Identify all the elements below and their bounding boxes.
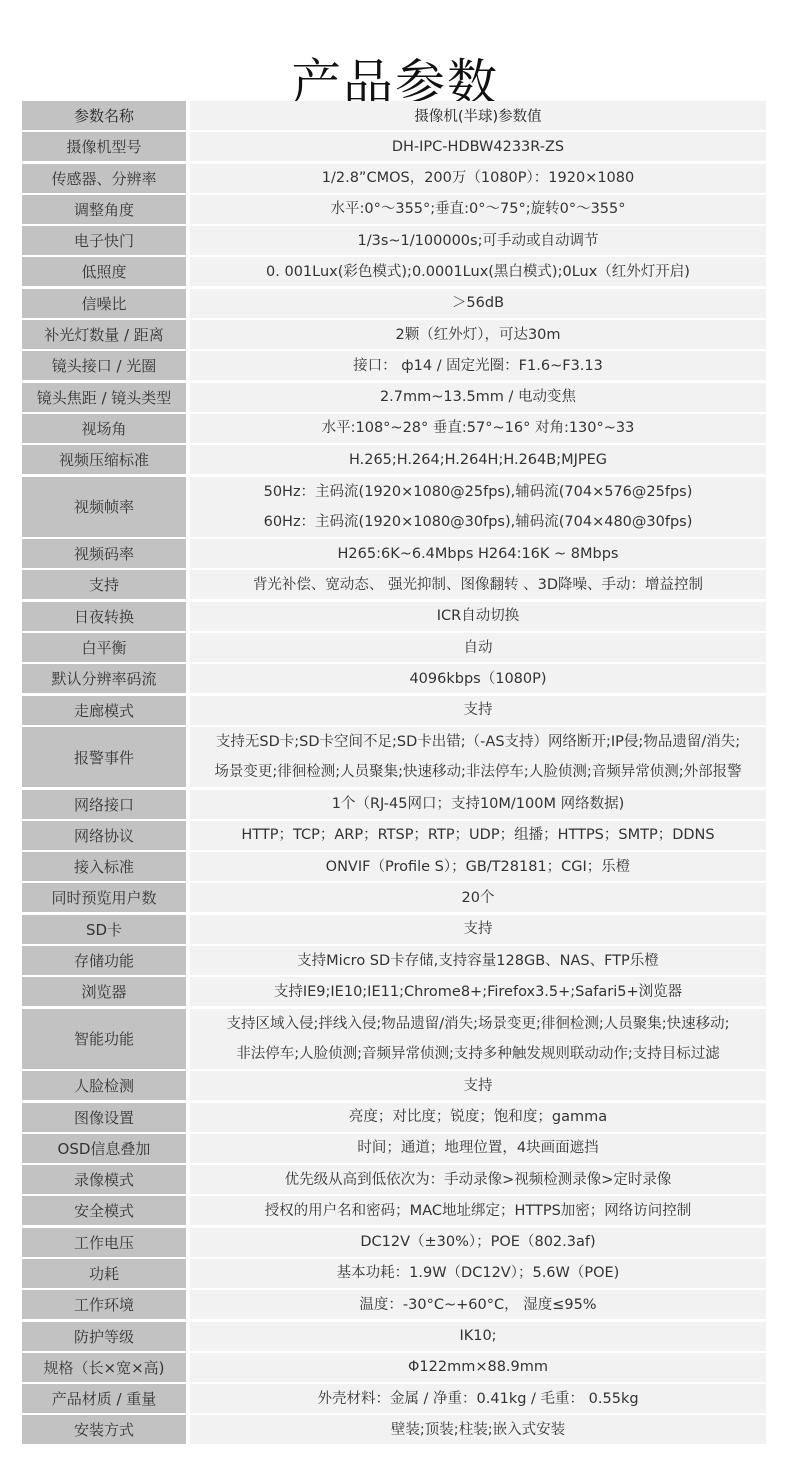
param-value: 2颗（红外灯），可达30m	[190, 320, 766, 349]
table-row: 低照度0. 001Lux(彩色模式);0.0001Lux(黑白模式);0Lux（…	[22, 257, 766, 286]
param-name: 防护等级	[22, 1322, 186, 1351]
header-label: 参数名称	[22, 101, 186, 130]
param-value-line: 2颗（红外灯），可达30m	[395, 320, 560, 350]
table-row: 接入标准ONVIF（Profile S）；GB/T28181；CGI；乐橙	[22, 852, 766, 881]
table-row: 日夜转换ICR自动切换	[22, 602, 766, 631]
table-row: OSD信息叠加时间；通道；地理位置，4块画面遮挡	[22, 1134, 766, 1163]
table-row: 安全模式授权的用户名和密码；MAC地址绑定；HTTPS加密；网络访问控制	[22, 1196, 766, 1225]
table-row: 摄像机型号DH-IPC-HDBW4233R-ZS	[22, 132, 766, 161]
param-value-line: 场景变更;徘徊检测;人员聚集;快速移动;非法停车;人脸侦测;音频异常侦测;外部报…	[214, 757, 741, 787]
param-name: 补光灯数量 / 距离	[22, 320, 186, 349]
table-row: 防护等级IK10;	[22, 1322, 766, 1351]
table-row: 支持背光补偿、宽动态、 强光抑制、图像翻转 、3D降噪、手动：增益控制	[22, 570, 766, 599]
param-name: 低照度	[22, 257, 186, 286]
param-value: 支持	[190, 696, 766, 725]
param-name: 电子快门	[22, 226, 186, 255]
param-value: IK10;	[190, 1322, 766, 1351]
param-value-line: H.265;H.264;H.264H;H.264B;MJPEG	[349, 445, 607, 475]
param-value-line: H265:6K~6.4Mbps H264:16K ~ 8Mbps	[338, 539, 619, 569]
param-name: 传感器、分辨率	[22, 164, 186, 193]
param-name: 产品材质 / 重量	[22, 1384, 186, 1413]
param-name: 工作环境	[22, 1290, 186, 1319]
header-value: 摄像机(半球)参数值	[190, 101, 766, 130]
param-name: 接入标准	[22, 852, 186, 881]
table-row: 图像设置亮度；对比度；锐度；饱和度；gamma	[22, 1103, 766, 1132]
param-name: 调整角度	[22, 195, 186, 224]
param-name: 人脸检测	[22, 1071, 186, 1100]
param-name: 视频码率	[22, 539, 186, 568]
param-value-line: 支持	[464, 1071, 493, 1101]
table-row: 网络协议HTTP；TCP；ARP；RTSP；RTP；UDP；组播；HTTPS；S…	[22, 821, 766, 850]
table-row: 镜头接口 / 光圈接口： ф14 / 固定光圈：F1.6~F3.13	[22, 351, 766, 380]
param-value-line: 优先级从高到低依次为：手动录像>视频检测录像>定时录像	[285, 1165, 672, 1195]
param-name: 视频压缩标准	[22, 445, 186, 474]
table-row: 补光灯数量 / 距离2颗（红外灯），可达30m	[22, 320, 766, 349]
param-name: 智能功能	[22, 1009, 186, 1069]
table-row: 调整角度水平:0°～355°;垂直:0°～75°;旋转0°～355°	[22, 195, 766, 224]
table-row: 信噪比＞56dB	[22, 289, 766, 318]
param-value: 支持	[190, 1071, 766, 1100]
param-value: 水平:108°~28° 垂直:57°~16° 对角:130°~33	[190, 414, 766, 443]
param-value-line: 非法停车;人脸侦测;音频异常侦测;支持多种触发规则联动动作;支持目标过滤	[236, 1039, 720, 1069]
param-value: 自动	[190, 633, 766, 662]
param-value-line: 0. 001Lux(彩色模式);0.0001Lux(黑白模式);0Lux（红外灯…	[266, 257, 690, 287]
param-value-line: 支持Micro SD卡存储,支持容量128GB、NAS、FTP乐橙	[297, 946, 659, 976]
param-name: 工作电压	[22, 1228, 186, 1257]
param-value-line: 水平:108°~28° 垂直:57°~16° 对角:130°~33	[322, 413, 635, 443]
param-value: 支持区域入侵;拌线入侵;物品遗留/消失;场景变更;徘徊检测;人员聚集;快速移动;…	[190, 1009, 766, 1069]
table-row: 同时预览用户数20个	[22, 883, 766, 912]
param-value-line: 20个	[462, 883, 495, 913]
table-row: 传感器、分辨率1/2.8”CMOS，200万（1080P）：1920×1080	[22, 164, 766, 193]
table-row: SD卡支持	[22, 915, 766, 944]
table-row: 智能功能支持区域入侵;拌线入侵;物品遗留/消失;场景变更;徘徊检测;人员聚集;快…	[22, 1009, 766, 1069]
table-row: 镜头焦距 / 镜头类型2.7mm~13.5mm / 电动变焦	[22, 383, 766, 412]
table-row: 录像模式优先级从高到低依次为：手动录像>视频检测录像>定时录像	[22, 1165, 766, 1194]
param-value: 4096kbps（1080P)	[190, 664, 766, 693]
param-name: 同时预览用户数	[22, 883, 186, 912]
param-value-line: 壁装;顶装;柱装;嵌入式安装	[391, 1415, 565, 1445]
param-value: ONVIF（Profile S）；GB/T28181；CGI；乐橙	[190, 852, 766, 881]
table-row: 视场角水平:108°~28° 垂直:57°~16° 对角:130°~33	[22, 414, 766, 443]
param-name: 视场角	[22, 414, 186, 443]
param-name: 日夜转换	[22, 602, 186, 631]
param-value-line: 2.7mm~13.5mm / 电动变焦	[380, 382, 576, 412]
param-name: 视频帧率	[22, 477, 186, 537]
table-row: 安装方式壁装;顶装;柱装;嵌入式安装	[22, 1415, 766, 1444]
table-row: 视频压缩标准H.265;H.264;H.264H;H.264B;MJPEG	[22, 445, 766, 474]
table-row: 工作电压DC12V（±30%）；POE（802.3af)	[22, 1228, 766, 1257]
param-value-line: 4096kbps（1080P)	[409, 664, 546, 694]
param-value: 1/3s~1/100000s;可手动或自动调节	[190, 226, 766, 255]
param-value: 20个	[190, 883, 766, 912]
param-value: 授权的用户名和密码；MAC地址绑定；HTTPS加密；网络访问控制	[190, 1196, 766, 1225]
param-name: 功耗	[22, 1259, 186, 1288]
param-value-line: 1/3s~1/100000s;可手动或自动调节	[358, 226, 599, 256]
param-value: 时间；通道；地理位置，4块画面遮挡	[190, 1134, 766, 1163]
param-value: 支持Micro SD卡存储,支持容量128GB、NAS、FTP乐橙	[190, 946, 766, 975]
param-value: 外壳材料：金属 / 净重：0.41kg / 毛重： 0.55kg	[190, 1384, 766, 1413]
param-name: 图像设置	[22, 1103, 186, 1132]
param-value-line: 支持无SD卡;SD卡空间不足;SD卡出错;（-AS支持）网络断开;IP侵;物品遗…	[216, 727, 740, 757]
table-row: 人脸检测支持	[22, 1071, 766, 1100]
table-row: 视频帧率50Hz：主码流(1920×1080@25fps),辅码流(704×57…	[22, 477, 766, 537]
param-value: 支持IE9;IE10;IE11;Chrome8+;Firefox3.5+;Saf…	[190, 977, 766, 1006]
param-value-line: 亮度；对比度；锐度；饱和度；gamma	[349, 1102, 607, 1132]
param-value-line: HTTP；TCP；ARP；RTSP；RTP；UDP；组播；HTTPS；SMTP；…	[241, 820, 714, 850]
param-name: 镜头接口 / 光圈	[22, 351, 186, 380]
param-name: OSD信息叠加	[22, 1134, 186, 1163]
param-name: 默认分辨率码流	[22, 664, 186, 693]
param-value-line: 水平:0°～355°;垂直:0°～75°;旋转0°～355°	[330, 194, 625, 224]
param-value: H265:6K~6.4Mbps H264:16K ~ 8Mbps	[190, 539, 766, 568]
table-row: 默认分辨率码流4096kbps（1080P)	[22, 664, 766, 693]
param-value-line: ＞56dB	[452, 288, 504, 318]
param-value-line: 授权的用户名和密码；MAC地址绑定；HTTPS加密；网络访问控制	[265, 1196, 692, 1226]
param-value: H.265;H.264;H.264H;H.264B;MJPEG	[190, 445, 766, 474]
param-value-line: 支持IE9;IE10;IE11;Chrome8+;Firefox3.5+;Saf…	[274, 977, 682, 1007]
param-value: 2.7mm~13.5mm / 电动变焦	[190, 383, 766, 412]
param-value: 基本功耗：1.9W（DC12V）；5.6W（POE)	[190, 1259, 766, 1288]
param-value-line: Φ122mm×88.9mm	[408, 1352, 548, 1382]
table-row: 白平衡自动	[22, 633, 766, 662]
table-row: 工作环境温度：-30°C~+60°C， 湿度≤95%	[22, 1290, 766, 1319]
param-value-line: IK10;	[459, 1321, 496, 1351]
table-row: 报警事件支持无SD卡;SD卡空间不足;SD卡出错;（-AS支持）网络断开;IP侵…	[22, 727, 766, 787]
param-value-line: 时间；通道；地理位置，4块画面遮挡	[357, 1133, 598, 1163]
param-value: 50Hz：主码流(1920×1080@25fps),辅码流(704×576@25…	[190, 477, 766, 537]
param-value: 温度：-30°C~+60°C， 湿度≤95%	[190, 1290, 766, 1319]
param-name: 网络协议	[22, 821, 186, 850]
param-name: 信噪比	[22, 289, 186, 318]
param-value: Φ122mm×88.9mm	[190, 1353, 766, 1382]
param-value: 1/2.8”CMOS，200万（1080P）：1920×1080	[190, 164, 766, 193]
param-value: 0. 001Lux(彩色模式);0.0001Lux(黑白模式);0Lux（红外灯…	[190, 257, 766, 286]
table-row: 走廊模式支持	[22, 696, 766, 725]
param-value: 背光补偿、宽动态、 强光抑制、图像翻转 、3D降噪、手动：增益控制	[190, 570, 766, 599]
param-value-line: ICR自动切换	[437, 601, 519, 631]
param-value-line: ONVIF（Profile S）；GB/T28181；CGI；乐橙	[326, 852, 631, 882]
param-value: 接口： ф14 / 固定光圈：F1.6~F3.13	[190, 351, 766, 380]
param-value-line: 温度：-30°C~+60°C， 湿度≤95%	[359, 1290, 596, 1320]
table-row: 视频码率H265:6K~6.4Mbps H264:16K ~ 8Mbps	[22, 539, 766, 568]
param-value-line: 外壳材料：金属 / 净重：0.41kg / 毛重： 0.55kg	[317, 1384, 638, 1414]
param-name: 走廊模式	[22, 696, 186, 725]
param-value: 优先级从高到低依次为：手动录像>视频检测录像>定时录像	[190, 1165, 766, 1194]
param-value-line: 支持	[464, 695, 493, 725]
param-value: HTTP；TCP；ARP；RTSP；RTP；UDP；组播；HTTPS；SMTP；…	[190, 821, 766, 850]
param-name: 安装方式	[22, 1415, 186, 1444]
param-value-line: 1个（RJ-45网口；支持10M/100M 网络数据)	[332, 789, 625, 819]
table-row: 电子快门1/3s~1/100000s;可手动或自动调节	[22, 226, 766, 255]
param-value: 支持	[190, 915, 766, 944]
param-value: ICR自动切换	[190, 602, 766, 631]
param-value-line: 50Hz：主码流(1920×1080@25fps),辅码流(704×576@25…	[264, 477, 693, 507]
param-value-line: 60Hz：主码流(1920×1080@30fps),辅码流(704×480@30…	[264, 507, 693, 537]
param-name: 浏览器	[22, 977, 186, 1006]
param-name: 规格（长×宽×高)	[22, 1353, 186, 1382]
param-name: 安全模式	[22, 1196, 186, 1225]
param-value: DH-IPC-HDBW4233R-ZS	[190, 132, 766, 161]
table-row: 产品材质 / 重量外壳材料：金属 / 净重：0.41kg / 毛重： 0.55k…	[22, 1384, 766, 1413]
param-name: SD卡	[22, 915, 186, 944]
param-value-line: 接口： ф14 / 固定光圈：F1.6~F3.13	[353, 351, 603, 381]
table-row: 功耗基本功耗：1.9W（DC12V）；5.6W（POE)	[22, 1259, 766, 1288]
param-value: ＞56dB	[190, 289, 766, 318]
param-value-line: 自动	[464, 633, 493, 663]
param-value: 壁装;顶装;柱装;嵌入式安装	[190, 1415, 766, 1444]
param-value-line: 基本功耗：1.9W（DC12V）；5.6W（POE)	[337, 1258, 620, 1288]
param-name: 报警事件	[22, 727, 186, 787]
table-row: 浏览器支持IE9;IE10;IE11;Chrome8+;Firefox3.5+;…	[22, 977, 766, 1006]
param-value: 支持无SD卡;SD卡空间不足;SD卡出错;（-AS支持）网络断开;IP侵;物品遗…	[190, 727, 766, 787]
param-value: 水平:0°～355°;垂直:0°～75°;旋转0°～355°	[190, 195, 766, 224]
param-name: 存储功能	[22, 946, 186, 975]
param-name: 白平衡	[22, 633, 186, 662]
param-value-line: 1/2.8”CMOS，200万（1080P）：1920×1080	[322, 163, 634, 193]
param-value: 亮度；对比度；锐度；饱和度；gamma	[190, 1103, 766, 1132]
param-value-line: DH-IPC-HDBW4233R-ZS	[392, 132, 564, 162]
param-value: DC12V（±30%）；POE（802.3af)	[190, 1228, 766, 1257]
param-name: 摄像机型号	[22, 132, 186, 161]
param-name: 网络接口	[22, 790, 186, 819]
table-row: 存储功能支持Micro SD卡存储,支持容量128GB、NAS、FTP乐橙	[22, 946, 766, 975]
table-row: 网络接口1个（RJ-45网口；支持10M/100M 网络数据)	[22, 790, 766, 819]
param-value-line: 支持区域入侵;拌线入侵;物品遗留/消失;场景变更;徘徊检测;人员聚集;快速移动;	[226, 1009, 729, 1039]
param-value-line: 支持	[464, 914, 493, 944]
param-value: 1个（RJ-45网口；支持10M/100M 网络数据)	[190, 790, 766, 819]
param-name: 录像模式	[22, 1165, 186, 1194]
param-name: 镜头焦距 / 镜头类型	[22, 383, 186, 412]
spec-table: 参数名称 摄像机(半球)参数值 摄像机型号DH-IPC-HDBW4233R-ZS…	[22, 101, 766, 1447]
param-name: 支持	[22, 570, 186, 599]
param-value-line: DC12V（±30%）；POE（802.3af)	[360, 1227, 595, 1257]
table-header-row: 参数名称 摄像机(半球)参数值	[22, 101, 766, 130]
param-value-line: 背光补偿、宽动态、 强光抑制、图像翻转 、3D降噪、手动：增益控制	[253, 570, 703, 600]
table-row: 规格（长×宽×高)Φ122mm×88.9mm	[22, 1353, 766, 1382]
